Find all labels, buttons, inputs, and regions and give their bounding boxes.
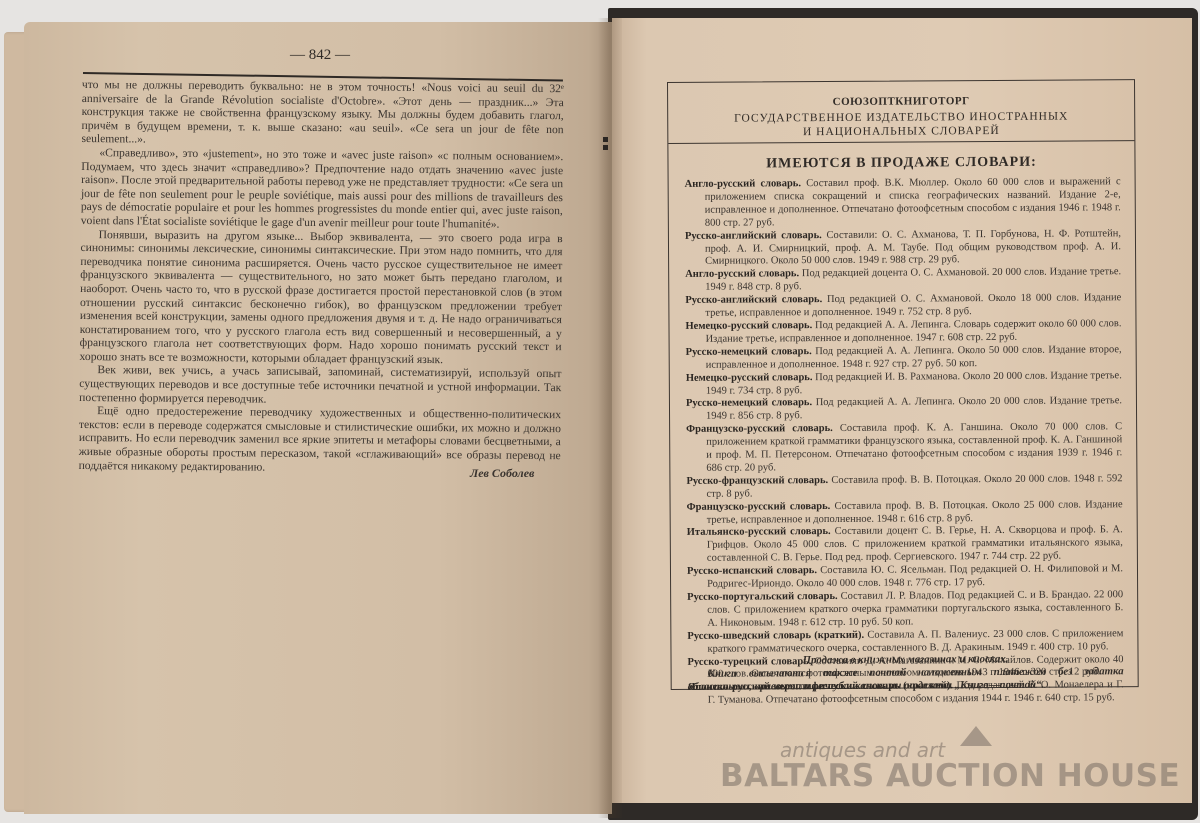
paragraph: что мы не должны переводить буквально: н… [81,78,564,150]
dictionary-list: Англо-русский словарь. Составил проф. В.… [685,176,1124,708]
publisher-line-1: ГОСУДАРСТВЕННОЕ ИЗДАТЕЛЬСТВО ИНОСТРАННЫХ [668,109,1134,126]
signature-marks [603,137,609,153]
item-title: Русско-немецкий словарь. [686,398,812,410]
paragraph: Век живи, век учись, а учась записывай, … [79,363,561,408]
list-item: Русско-английский словарь. Под редакцией… [685,292,1121,320]
item-title: Французско-русский словарь. [686,423,833,435]
page-number: — 842 — [290,47,350,64]
item-title: Русско-английский словарь. [685,230,822,242]
list-item: Русско-испанский словарь. Составила Ю. С… [687,563,1123,591]
list-item: Русско-немецкий словарь. Под редакцией А… [686,344,1122,372]
list-item: Русско-французский словарь. Составила пр… [686,473,1122,501]
item-title: Французско-русский словарь. [687,501,831,513]
ad-footer: Продажа в книжных магазинах и киосках. К… [687,652,1123,694]
item-title: Немецко-русский словарь. [685,320,812,332]
ad-header: СОЮЗОПТКНИГОТОРГ ГОСУДАРСТВЕННОЕ ИЗДАТЕЛ… [668,80,1134,144]
list-item: Англо-русский словарь. Составил проф. В.… [685,176,1121,230]
ad-heading: ИМЕЮТСЯ В ПРОДАЖЕ СЛОВАРИ: [668,154,1134,173]
item-title: Русско-шведский словарь (краткий). [687,630,864,642]
book-gutter [598,18,622,818]
watermark-name: BALTARS AUCTION HOUSE [720,758,1180,794]
publisher-line-2: И НАЦИОНАЛЬНЫХ СЛОВАРЕЙ [668,123,1134,140]
mail-order-note: Книги высылаются также почтой наложенным… [688,665,1124,694]
item-title: Англо-русский словарь. [685,178,801,190]
paragraph: «Справедливо», это «justement», но это т… [81,146,564,232]
crown-icon [960,726,992,746]
list-item: Французско-русский словарь. Составила пр… [687,499,1123,527]
article-body: что мы не должны переводить буквально: н… [79,78,564,476]
list-item: Русско-английский словарь. Составили: О.… [685,228,1121,269]
publisher-name: ГОСУДАРСТВЕННОЕ ИЗДАТЕЛЬСТВО ИНОСТРАННЫХ… [668,109,1134,140]
list-item: Англо-русский словарь. Под редакцией доц… [685,267,1121,295]
list-item: Итальянско-русский словарь. Составили до… [687,525,1123,566]
list-item: Немецко-русский словарь. Под редакцией И… [686,370,1122,398]
list-item: Русско-немецкий словарь. Под редакцией А… [686,396,1122,424]
item-title: Русско-английский словарь. [685,294,822,306]
item-title: Англо-русский словарь. [685,269,799,281]
list-item: Французско-русский словарь. Составила пр… [686,421,1122,475]
item-title: Русско-немецкий словарь. [686,346,812,358]
organization-name: СОЮЗОПТКНИГОТОРГ [668,94,1134,109]
paragraph: Понявши, выразить на другом языке... Выб… [80,228,563,368]
advertisement-frame: СОЮЗОПТКНИГОТОРГ ГОСУДАРСТВЕННОЕ ИЗДАТЕЛ… [667,79,1139,690]
item-title: Немецко-русский словарь. [686,372,813,384]
list-item: Немецко-русский словарь. Под редакцией А… [685,318,1121,346]
author-signature: Лев Соболев [470,466,534,481]
list-item: Русско-португальский словарь. Составил Л… [687,589,1123,630]
item-title: Русско-испанский словарь. [687,565,817,577]
item-title: Итальянско-русский словарь. [687,526,831,538]
item-title: Русско-португальский словарь. [687,591,838,603]
item-title: Русско-французский словарь. [686,475,828,487]
